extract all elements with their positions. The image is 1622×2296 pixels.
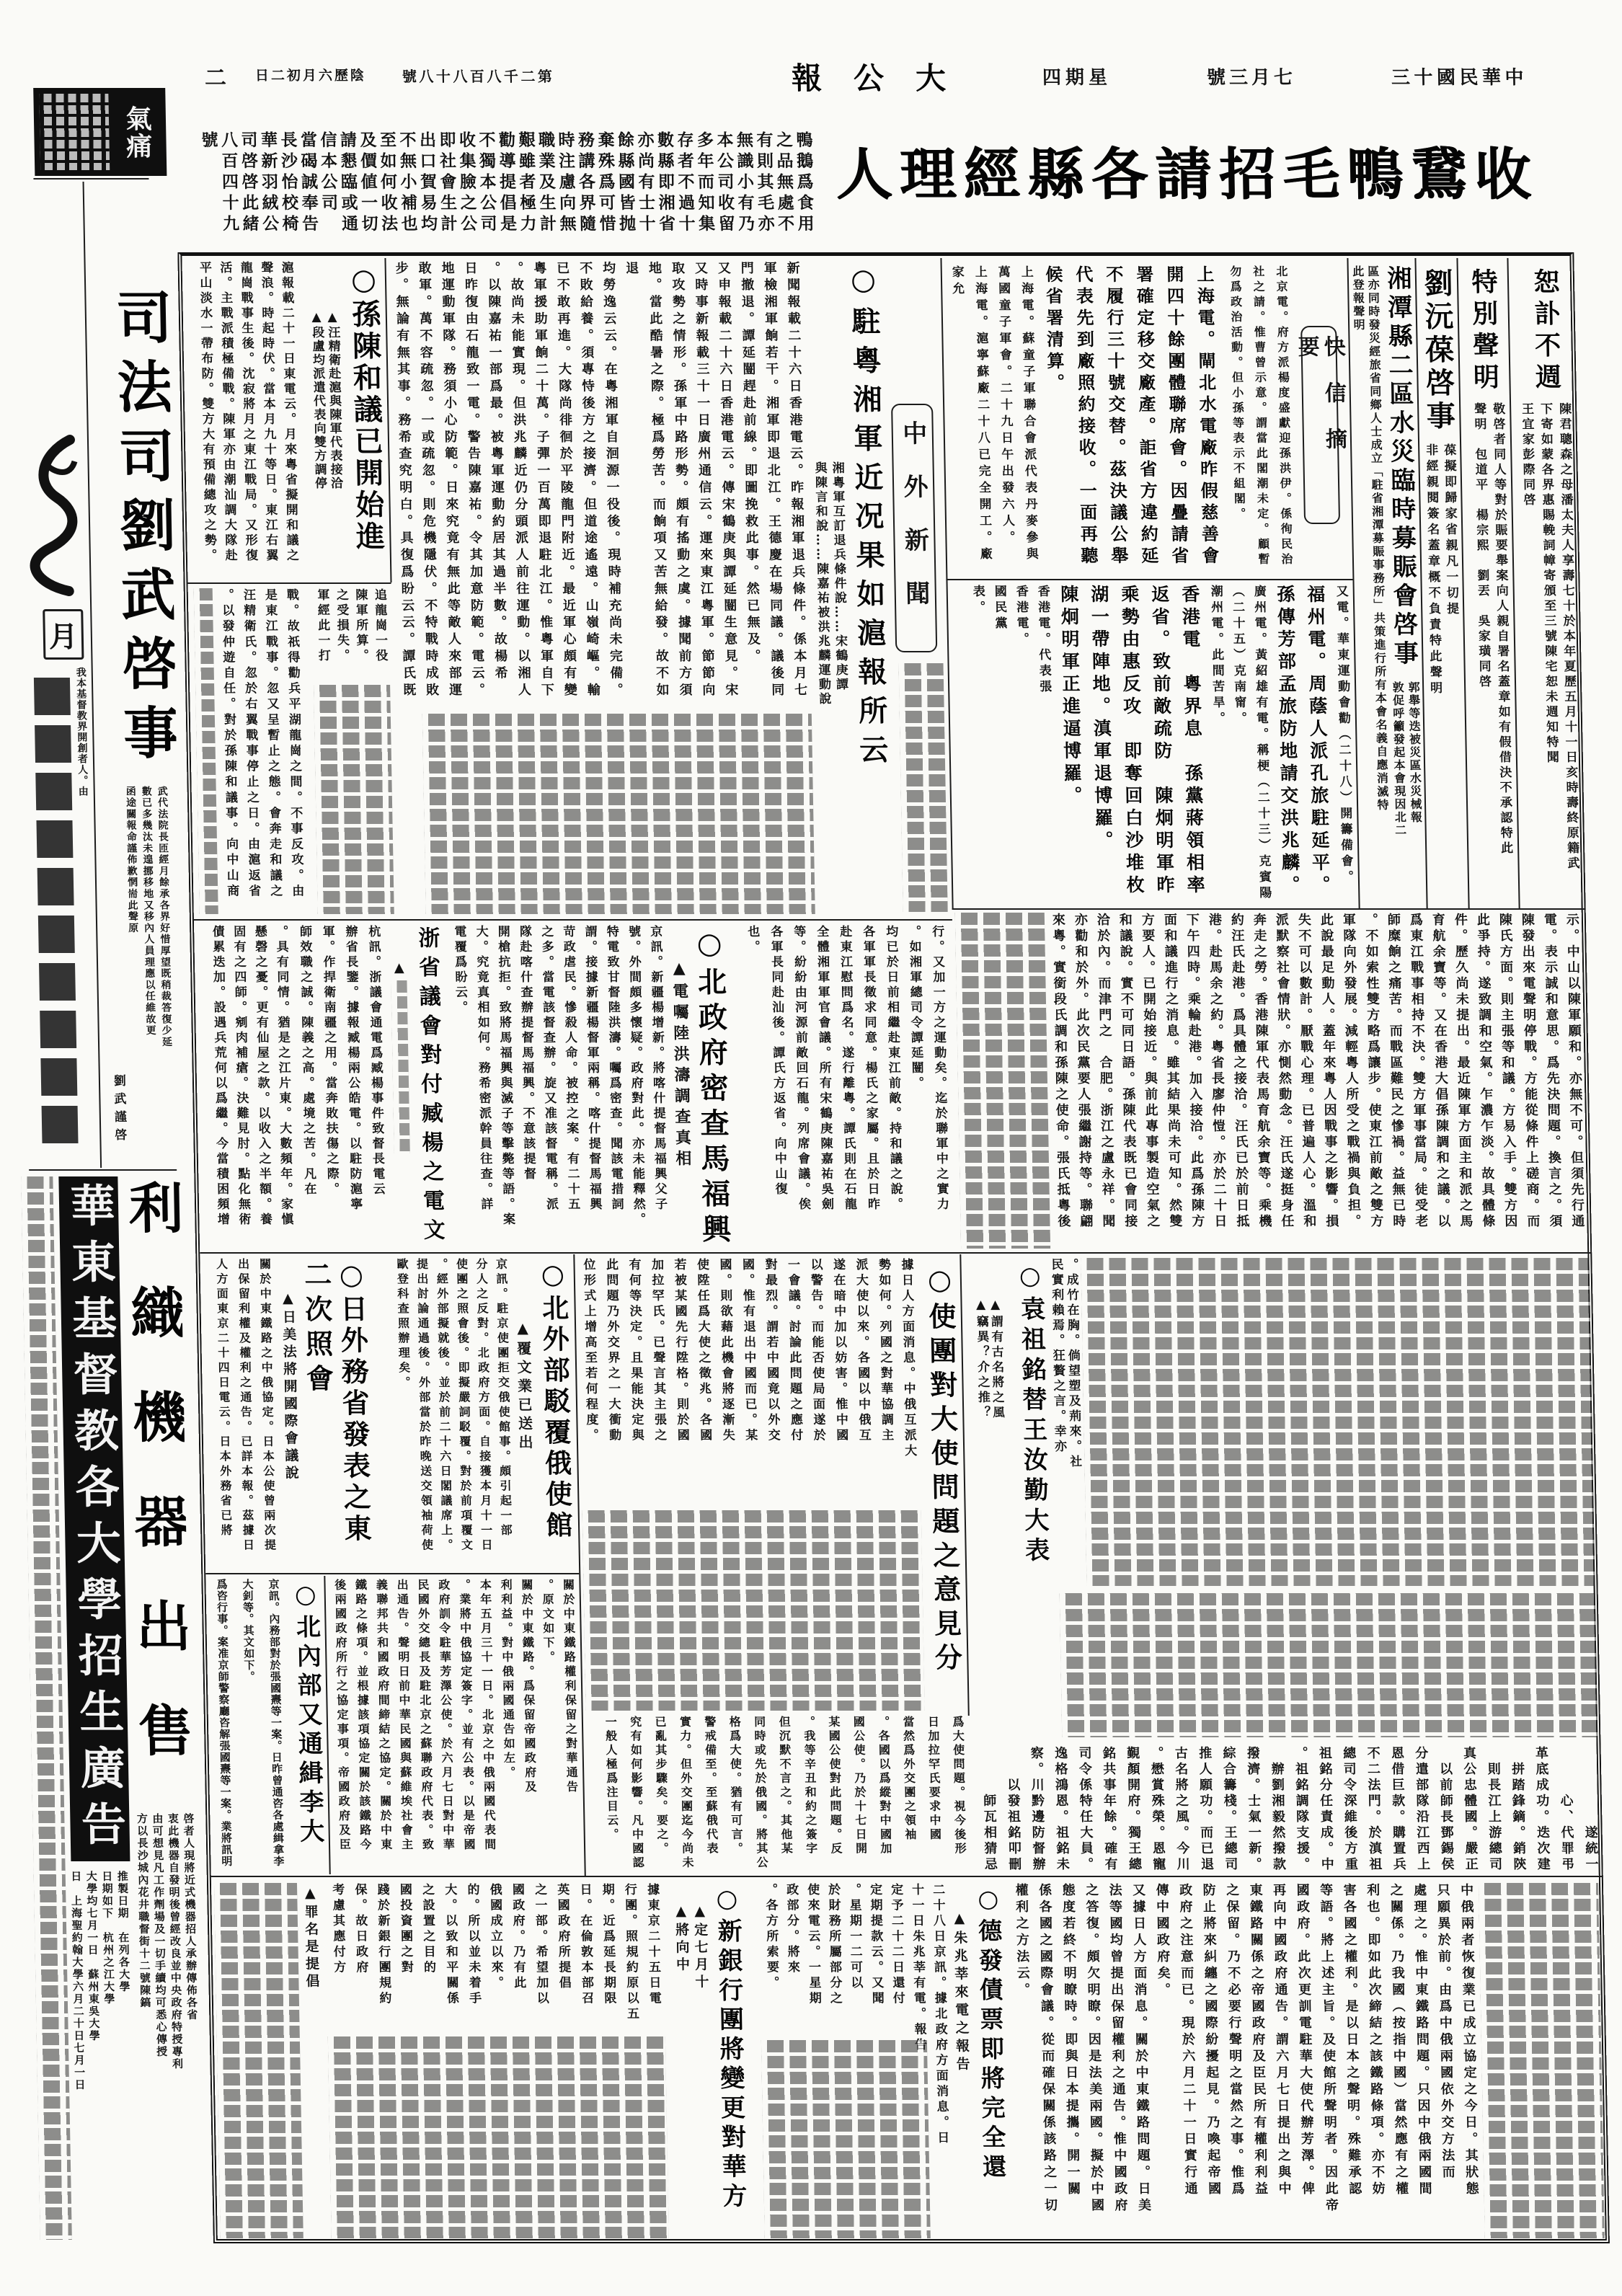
yuan-headline: ○袁祖銘替王汝勤大表其功 — [1014, 1262, 1050, 1595]
obituary-title: 恕訃不週 — [1529, 268, 1563, 396]
illegible-text-region — [899, 663, 948, 912]
bank-headline: ○新銀行團將變更對華方針 — [712, 1884, 748, 2239]
divider — [194, 919, 952, 921]
illegible-text-region — [1479, 1883, 1605, 2238]
beinei-headline: ○北內部又通緝李大釗 — [289, 1580, 326, 1874]
sun-chen-body-tier1: 滬報載二十一日東電云。月來粵省擬開和議之 聲浪。時起時伏。當本月九十等日。東江右… — [194, 261, 302, 580]
envoys-body-lower: 爲大使問題。視今後形 日加拉罕氏要求中國 當然爲外交團之領袖 。各國以爲縱對中國… — [598, 1716, 972, 1873]
japan-note-headline: ○日外務省發表之東路 — [334, 1258, 373, 1574]
zhejiang-body-cont: 。具有同情。猶是之江片東。大數頻年。家愼 懸磬之憂。更有仙屋之款。以收入之半額。… — [205, 925, 296, 1248]
debt-headline: ○德發債票即將完全還付 — [973, 1884, 1008, 2210]
illegible-text-region — [955, 913, 1050, 1249]
divider — [946, 579, 1352, 580]
divider — [188, 582, 391, 584]
medicine-ad-text — [39, 94, 110, 170]
calligraphy-decoration — [34, 678, 79, 1153]
japan-note-body-part3: 中俄兩者恢復業已成立協定之今日。其狀態 只願異於前。由爲中俄兩國依外交方法而 處… — [1009, 1883, 1484, 2238]
preceding-article-end: 。成竹在胸。倘望塑及荊來。社 民實利賴焉。狂贅之言。幸亦 — [1047, 1258, 1082, 1517]
envoys-body-upper: 據日人方面消息。中俄互派大 勢如何。列國之對華協調主 派大使以來。各國以中俄互 … — [576, 1258, 921, 1510]
news-brief: 乘勢由惠反攻 即奪回白沙堆枚 — [1114, 585, 1150, 906]
university-ad-body: 推製日期 在列各大學 日期如下 杭州之江大學 大學均七月一日 蘇州東吳大學 日 … — [68, 1871, 136, 2238]
liu-notice-title: 劉沅葆啓事 — [1419, 268, 1455, 438]
calendar-ad-glyph-box: 月 — [43, 609, 84, 660]
bank-body: 據東京二十五日電 行團。照規約原以五 期。近爲延長期限 日。在倫敦本部召 英國政… — [325, 1883, 665, 2034]
zhejiang-subhead-marker: ▲ — [389, 960, 408, 979]
loom-sale-title: 利織機器出售 — [122, 1179, 191, 1807]
express-news-shanghai-small: 上海電。蘇童子軍聯合會派代表丹麥參與 萬國童子軍會。二十九日午出發六人。 上海電… — [945, 265, 1043, 575]
bank-subheads: ▲定七月十 ▲將向中 — [671, 1903, 712, 2083]
news-brief: 返省。致前敵疏防 陳炯明軍昨 — [1144, 585, 1180, 906]
sun-chen-continuation: 示。中山以陳軍願和。亦無不可。但須先行通 電。表示誠和意思。爲先決問題。換言之。… — [1047, 913, 1589, 1249]
sun-chen-subheads: ▲汪精衛赴滬與陳軍代表接洽 ▲段盧均派遣代表向雙方調停 — [309, 310, 345, 580]
news-brief: 陳炯明軍正進逼博羅。 — [1053, 585, 1089, 906]
university-ad-title: 華東基督教各大學招生廣告 — [63, 1182, 125, 1860]
japan-note-subhead: ▲日美法將開國際會議說 — [278, 1290, 301, 1492]
swirl-decoration-icon — [27, 433, 87, 598]
debt-subhead: ▲朱兆莘來電之報告 — [951, 1910, 972, 2098]
zhejiang-body: 杭訊。浙議會通電爲臧楊事件致督長電云 辦省長鑒。據報臧楊兩公皓電。以駐防滬寧 軍… — [292, 925, 389, 1248]
masthead-lunar-date: 陰歷六月初二日 — [255, 68, 366, 84]
russia-legation-body: 京訊。駐京使團拒交俄使館事。頗引起一部 分人之反對。北政府方面。自接獲本月十一日… — [391, 1258, 516, 1569]
special-statement-title: 特別聲明 — [1467, 268, 1501, 396]
illegible-text-region — [328, 2036, 669, 2238]
beinei-subhead: ▲罪名是提倡 — [301, 1885, 322, 2029]
judicial-notice-signature: 劉武謹啓 — [110, 1074, 128, 1153]
sun-chen-body-tier2: 戰。故祇得勸兵平湖龍崗之間。不事反攻。由 是東江戰事。忽又呈暫止之態。會奔走和議… — [216, 588, 308, 916]
news-brief: 香港電 粵界息 孫黨蔣領相率 — [1174, 585, 1210, 906]
masthead-date: 七月三號 — [1207, 68, 1297, 89]
beinei-body: 京訊。內務部對於張國燾等一案。日昨曾通咨各處緝拿李大釗等。其文如下。 爲咨行事。… — [208, 1579, 291, 1873]
beijing-gov-body: 京訊。新疆楊增新。將喀什提督馬福興父子 號。外間頗多懷疑。政府對此。亦未能釋然。… — [448, 925, 671, 1248]
divider — [200, 1252, 1592, 1254]
divider — [211, 1876, 1603, 1877]
masthead-page-number: 二 — [205, 66, 227, 90]
medicine-ad-name: 氣痛丸 — [111, 92, 163, 173]
express-news-label: 快信摘要 — [1293, 335, 1347, 515]
russia-legation-headline: ○北外部駁覆俄使館案 — [536, 1258, 575, 1572]
divider — [205, 1573, 579, 1574]
calendar-ad-glyph: 月 — [48, 614, 78, 655]
express-news-beijing: 北京電。府方派楊度盛獻迎孫洪伊。係徇民治 社之請。惟曹曾示意。謂當此閣潮未定。顧… — [1223, 265, 1298, 575]
japan-note-body-part1: 關於中東鐵路之中俄協定。日本公使曾兩次提 出保留利權及權利之通告。已詳本報。茲據… — [208, 1258, 280, 1569]
section-label: 中外新聞 — [898, 420, 930, 637]
yuan-body: 遂統一 心、代罪弔 革底成功。迭次建 拼踏鋒鏑。銷陝 則長江上游總司 真公忠體國… — [973, 1593, 1603, 1873]
illegible-text-region — [314, 685, 394, 914]
divider — [29, 1169, 177, 1171]
medicine-ad-box: 氣痛丸 — [33, 88, 167, 176]
masthead-issue-number: 第二千八百八十八號 — [402, 68, 555, 84]
hunan-army-body: 新聞報載二十六日香港電云。昨報湘軍退兵條件。係本月七 軍檢湘軍餉若干。湘軍即退北… — [389, 261, 812, 712]
university-ad-box: 華東基督教各大學招生廣告 — [58, 1176, 130, 1861]
illegible-text-region — [582, 1510, 925, 1711]
loom-sale-body: 啓者人現將近式機器招人承辦傳佈各省 衷此機器自發明後曾經改良並中央政府特授專利 … — [133, 1813, 203, 2238]
express-news-shanghai-big: 上海電。閘北水電廠昨假慈善會 開四十餘團體聯席會。因疊請省 署確定移交廠產。詎省… — [1037, 265, 1225, 575]
illegible-text-region — [1081, 1258, 1595, 1586]
section-label-box: 中外新聞 — [891, 404, 937, 652]
feather-ad-body: 鴨鵝爲食用 之品無處不 有則其毛亦 無識小有乃 本公司收留 多年而知集 存者不過… — [198, 131, 815, 236]
calendar-ad-text: 我本基督教界開創者人。由 — [73, 667, 91, 804]
newspaper-page: 二 陰歷六月初二日 第二千八百八十八號 大公報 星期四 七月三號 中華民國十三 … — [0, 0, 1622, 2296]
express-news-label-box: 快信摘要 — [1300, 326, 1340, 524]
masthead-paper-title: 大公報 — [792, 62, 978, 95]
news-brief: 福州電。周蔭人派孔旅駐延平。 — [1300, 585, 1336, 906]
xiangtan-relief-body: 郭舉等迭被災區水災械報 敦促呼籲發起本會現因北二 — [1389, 681, 1425, 906]
feather-ad-banner: 收鵞鴨毛招請各縣經理人 — [836, 144, 1539, 206]
sun-chen-below-headline: 追龍崗一役 陳軍所算。 之受損失。 軍經此一打 — [312, 588, 390, 682]
divider — [952, 908, 1586, 910]
beijing-gov-subhead: ▲電囑陸洪濤調查真相 — [669, 959, 693, 1175]
news-brief: 湖一帶陣地。滇軍退博羅。 — [1083, 585, 1120, 906]
russia-legation-subhead: ▲覆文業已送出 — [514, 1319, 534, 1463]
japan-note-headline-2: 二次照會 — [299, 1260, 334, 1404]
judicial-notice-body: 武代法院長匝經月餘承各界好惜厚望既稍裁答復少延 數已多幾汰未遑挪移地又移內人員理… — [123, 786, 175, 1060]
sun-chen-headline: ○孫陳和議已開始進行 — [345, 262, 388, 581]
illegible-text-region — [214, 1883, 303, 2238]
judicial-notice-title: 司法司劉武啓事 — [109, 288, 177, 779]
zhejiang-subhead-illegible — [391, 980, 409, 1153]
hunan-army-continuation: 行。又加一方之運動矣。迄於聯軍中之實力 。如湘軍總司令譚延闓。 均已於日前相繼赴… — [737, 925, 954, 1248]
obituary-body: 陳君聰森之母潘太夫人享壽七十於本年夏歷五月十一日亥時壽終原籍武 下寄如蒙各界惠賜… — [1517, 402, 1582, 907]
yuan-subheads: ▲謂有古名將之風 ▲竊異？介之推？ — [973, 1298, 1006, 1507]
express-news-lower-items: 又電。華東運動會勸（二十八）開籌備會。 福州電。周蔭人派孔旅駐延平。 孫傳芳部孟… — [948, 585, 1357, 906]
masthead-year: 中華民國十三 — [1391, 68, 1528, 89]
news-brief: 孫傳芳部孟旅防地請交洪兆麟。 — [1269, 585, 1306, 906]
beijing-gov-headline: ○北政府密查馬福興 — [691, 926, 732, 1249]
japan-note-body-part2: 關於中東鐵路權利保留之對華通告 。原文如下。 關於中東鐵路。爲保留帝國政府及 利… — [328, 1579, 582, 1873]
illegible-text-region — [761, 2040, 931, 2238]
divider — [33, 178, 149, 179]
masthead-weekday: 星期四 — [1042, 68, 1112, 89]
illegible-text-region — [422, 714, 815, 914]
